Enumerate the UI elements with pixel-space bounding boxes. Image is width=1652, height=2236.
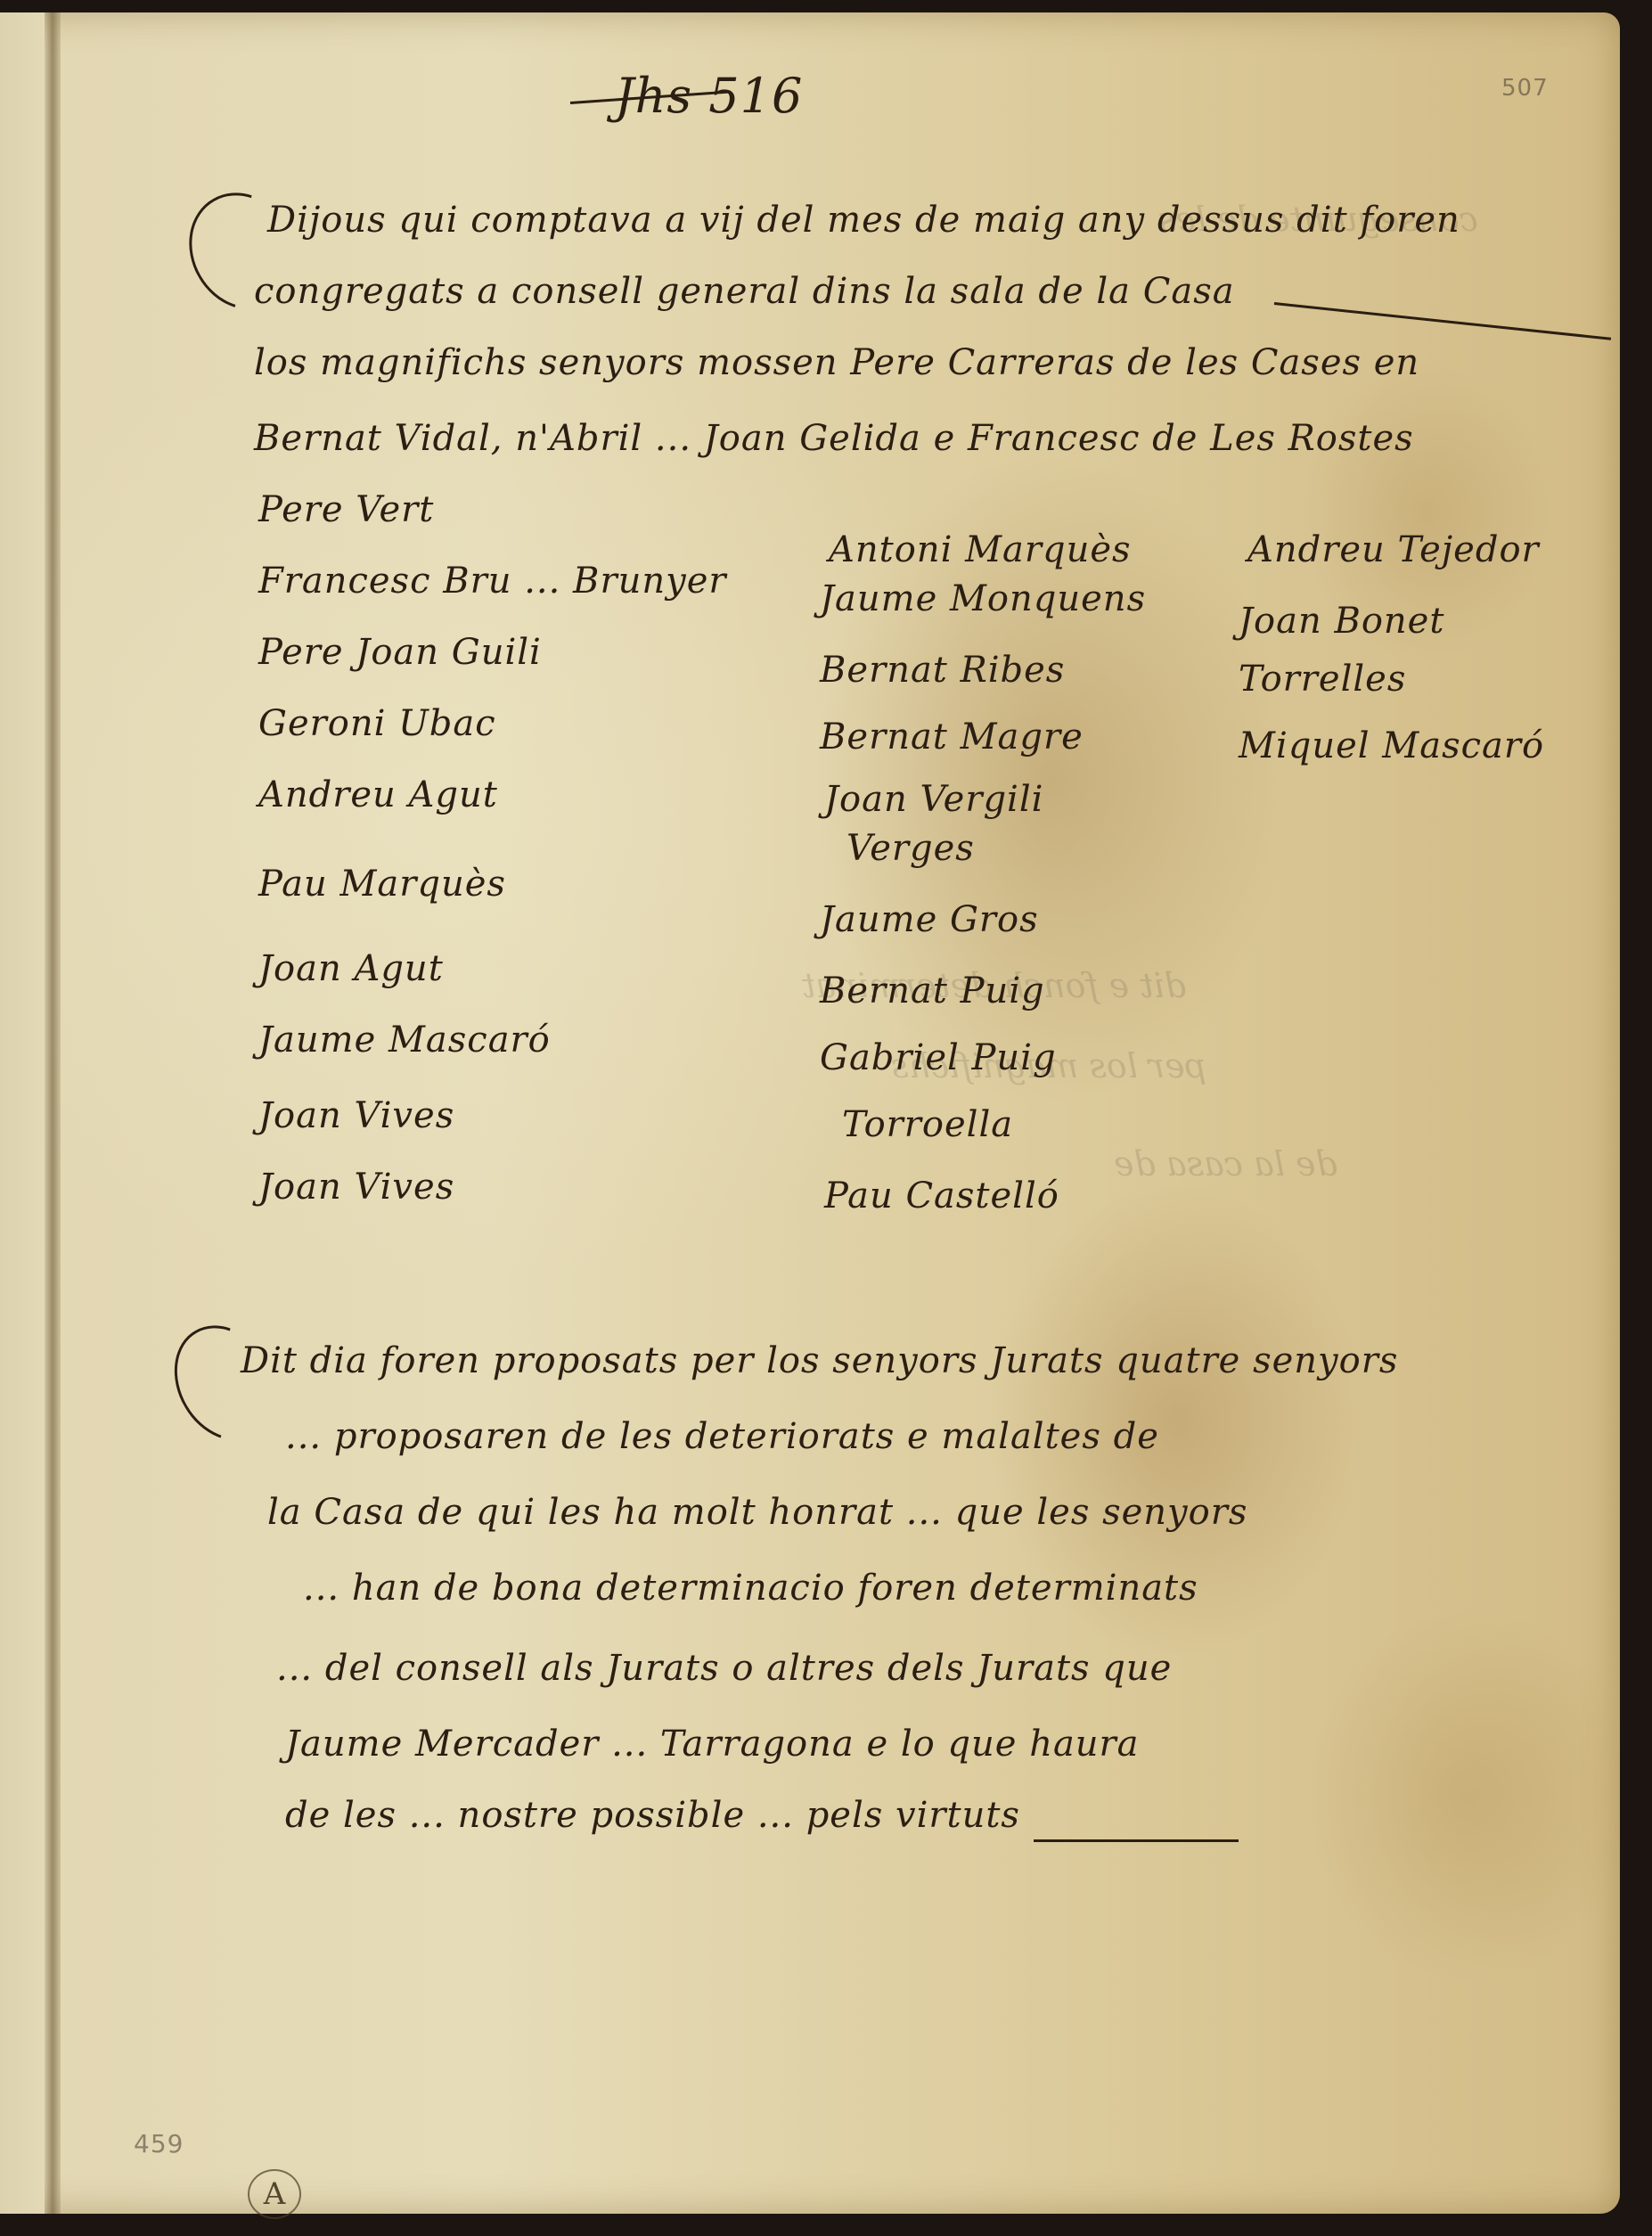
paragraph-2-line-5: ... del consell als Jurats o altres dels… [276, 1648, 1172, 1689]
name-entry: Bernat Puig [820, 971, 1045, 1012]
folio-number: 507 [1501, 75, 1549, 102]
name-entry: Pere Vert [258, 489, 434, 530]
name-entry: Miquel Mascaró [1239, 725, 1544, 766]
pencil-note: 459 [134, 2129, 184, 2158]
name-entry: Pau Castelló [824, 1175, 1059, 1216]
paragraph-2-line-4: ... han de bona determinacio foren deter… [303, 1568, 1198, 1609]
name-entry: Joan Vergili [824, 779, 1043, 820]
name-entry: Andreu Agut [258, 774, 498, 815]
name-entry: Torrelles [1239, 659, 1406, 700]
name-entry: Joan Bonet [1239, 601, 1444, 642]
name-entry: Verges [846, 828, 975, 869]
paragraph-initial-flourish [154, 1307, 297, 1460]
line-fill-stroke [1274, 302, 1611, 340]
paragraph-2-line-2: ... proposaren de les deteriorats e mala… [285, 1416, 1159, 1457]
paragraph-1-line-1: Dijous qui comptava a vij del mes de mai… [267, 200, 1460, 241]
paragraph-2-line-7: de les ... nostre possible ... pels virt… [285, 1795, 1020, 1836]
name-entry: Jaume Monquens [820, 578, 1146, 619]
paragraph-1-line-4: Bernat Vidal, n'Abril ... Joan Gelida e … [254, 418, 1414, 459]
name-entry: Bernat Ribes [820, 650, 1065, 691]
name-entry: Jaume Mascaró [258, 1020, 551, 1061]
archive-stamp: A [248, 2169, 301, 2219]
name-entry: Andreu Tejedor [1247, 529, 1540, 570]
name-entry: Geroni Ubac [258, 703, 496, 744]
line-fill-stroke [1034, 1839, 1239, 1842]
paragraph-1-line-3: los magnifichs senyors mossen Pere Carre… [254, 342, 1419, 383]
binding-gutter [45, 12, 61, 2214]
name-entry: Joan Vives [258, 1167, 454, 1208]
name-entry: Pau Marquès [258, 864, 506, 905]
name-entry: Jaume Gros [820, 899, 1039, 940]
paragraph-2-line-3: la Casa de qui les ha molt honrat ... qu… [267, 1492, 1247, 1533]
name-entry: Francesc Bru ... Brunyer [258, 561, 726, 602]
paragraph-2-line-1: Dit dia foren proposats per los senyors … [241, 1340, 1398, 1381]
name-entry: Gabriel Puig [820, 1037, 1057, 1078]
facing-page-edge [0, 12, 45, 2214]
name-entry: Bernat Magre [820, 717, 1084, 758]
name-entry: Joan Agut [258, 948, 444, 989]
show-through-text: de la casa de [1114, 1144, 1337, 1184]
name-entry: Pere Joan Guili [258, 632, 542, 673]
paragraph-1-line-2: congregats a consell general dins la sal… [254, 271, 1235, 312]
paragraph-2-line-6: Jaume Mercader ... Tarragona e lo que ha… [285, 1724, 1140, 1765]
name-entry: Joan Vives [258, 1095, 454, 1136]
name-entry: Torroella [842, 1104, 1013, 1145]
name-entry: Antoni Marquès [829, 529, 1132, 570]
manuscript-page: conseguinte de les dit e fonch determina… [0, 12, 1620, 2214]
